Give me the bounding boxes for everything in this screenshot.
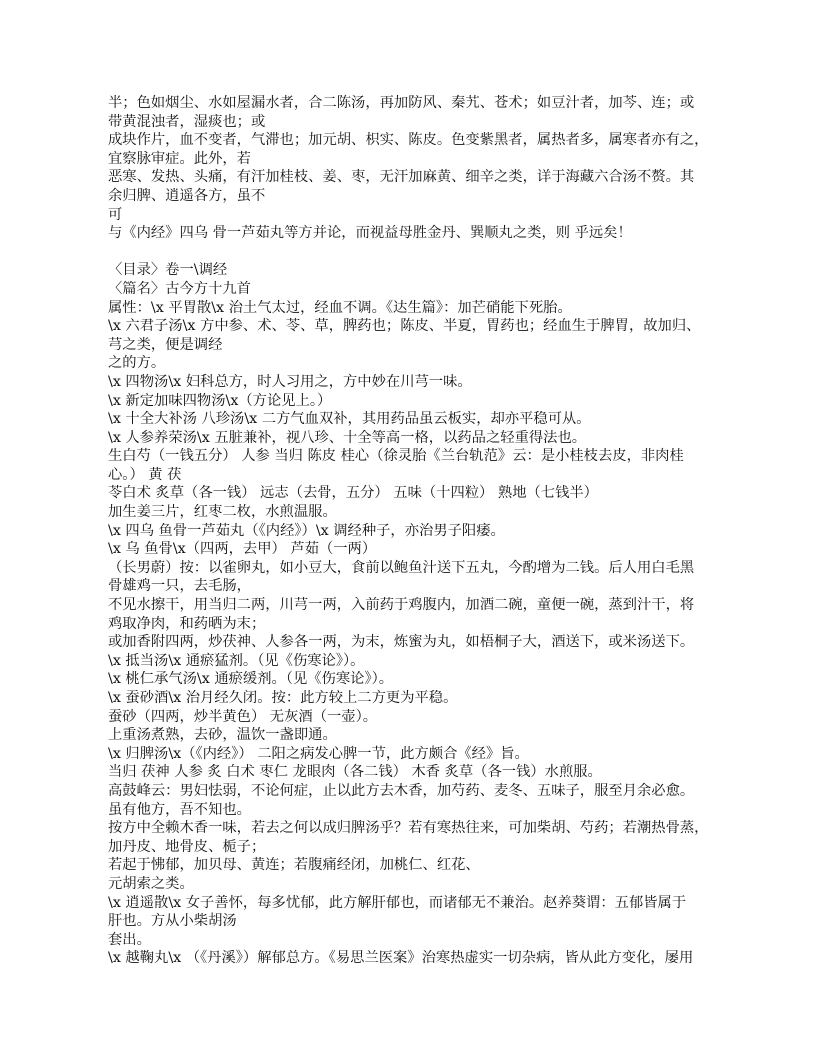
text-line: 心。） 黄 茯 — [108, 466, 712, 485]
blank-line — [108, 243, 712, 262]
text-line: 加丹皮、地骨皮、栀子； — [108, 838, 712, 857]
text-line: 之的方。 — [108, 354, 712, 373]
text-line: 按方中全赖木香一味，若去之何以成归脾汤乎？若有寒热往来，可加柴胡、芍药；若潮热骨… — [108, 819, 712, 838]
text-line: 生白芍（一钱五分） 人参 当归 陈皮 桂心（徐灵胎《兰台轨范》云：是小桂枝去皮，… — [108, 447, 712, 466]
section-title: 〈篇名〉古今方十九首 — [108, 280, 712, 299]
text-line: \x 抵当汤\x 通瘀猛剂。（见《伤寒论》）。 — [108, 652, 712, 671]
text-line: 半；色如烟尘、水如屋漏水者，合二陈汤，再加防风、秦艽、苍术；如豆汁者，加芩、连；… — [108, 94, 712, 113]
text-line: 带黄混浊者，湿痰也；或 — [108, 113, 712, 132]
text-line: 当归 茯神 人参 炙 白术 枣仁 龙眼肉（各二钱） 木香 炙草（各一钱）水煎服。 — [108, 763, 712, 782]
text-line: \x 归脾汤\x（《内经》） 二阳之病发心脾一节，此方颇合《经》旨。 — [108, 745, 712, 764]
text-line: \x 十全大补汤 八珍汤\x 二方气血双补，其用药品虽云板实，却亦平稳可从。 — [108, 410, 712, 429]
text-line: 可 — [108, 206, 712, 225]
text-line: \x 四物汤\x 妇科总方，时人习用之，方中妙在川芎一味。 — [108, 373, 712, 392]
text-line: 肝也。方从小柴胡汤 — [108, 912, 712, 931]
text-line: \x 乌 鱼骨\x（四两，去甲） 芦茹（一两） — [108, 540, 712, 559]
text-line: \x 四乌 鱼骨一芦茹丸（《内经》）\x 调经种子，亦治男子阳痿。 — [108, 522, 712, 541]
text-line: \x 桃仁承气汤\x 通瘀缓剂。（见《伤寒论》）。 — [108, 670, 712, 689]
text-line: \x 人参养荣汤\x 五脏兼补，视八珍、十全等高一格，以药品之轻重得法也。 — [108, 429, 712, 448]
text-line: 虽有他方，吾不知也。 — [108, 801, 712, 820]
text-line: 芎之类，便是调经 — [108, 336, 712, 355]
text-line: 苓白术 炙草（各一钱） 远志（去骨，五分） 五味（十四粒） 熟地（七钱半） — [108, 484, 712, 503]
text-line: 鸡取净肉，和药晒为末； — [108, 615, 712, 634]
text-line: \x 新定加味四物汤\x（方论见上。） — [108, 392, 712, 411]
toc-heading: 〈目录〉卷一\调经 — [108, 261, 712, 280]
text-line: （长男蔚）按：以雀卵丸，如小豆大，食前以鲍鱼汁送下五丸，今酌增为二钱。后人用白毛… — [108, 559, 712, 578]
text-line: 成块作片，血不变者，气滞也；加元胡、枳实、陈皮。色变紫黑者，属热者多，属寒者亦有… — [108, 131, 712, 150]
document-page: 半；色如烟尘、水如屋漏水者，合二陈汤，再加防风、秦艽、苍术；如豆汁者，加芩、连；… — [108, 94, 712, 968]
text-line: \x 越鞠丸\x （《丹溪》）解郁总方。《易思兰医案》治寒热虚实一切杂病，皆从此… — [108, 949, 712, 968]
text-line: 与《内经》四乌 骨一芦茹丸等方并论，而视益母胜金丹、巽顺丸之类，则 乎远矣！ — [108, 224, 712, 243]
text-line: 元胡索之类。 — [108, 875, 712, 894]
text-line: \x 蚕砂酒\x 治月经久闭。按：此方较上二方更为平稳。 — [108, 689, 712, 708]
text-line: 不见水擦干，用当归二两，川芎一两，入前药于鸡腹内，加酒二碗，童便一碗，蒸到汁干，… — [108, 596, 712, 615]
text-line: 属性：\x 平胃散\x 治土气太过，经血不调。《达生篇》：加芒硝能下死胎。 — [108, 299, 712, 318]
text-line: 骨雄鸡一只，去毛肠， — [108, 577, 712, 596]
text-line: 恶寒、发热、头痛，有汗加桂枝、姜、枣，无汗加麻黄、细辛之类，详于海藏六合汤不赘。… — [108, 168, 712, 187]
text-line: \x 逍遥散\x 女子善怀，每多忧郁，此方解肝郁也，而诸郁无不兼治。赵养葵谓：五… — [108, 894, 712, 913]
text-line: 若起于怫郁，加贝母、黄连；若腹痛经闭，加桃仁、红花、 — [108, 856, 712, 875]
text-line: 余归脾、逍遥各方，虽不 — [108, 187, 712, 206]
text-line: 宜察脉审症。此外，若 — [108, 150, 712, 169]
text-line: 套出。 — [108, 931, 712, 950]
text-line: 或加香附四两，炒茯神、人参各一两，为末，炼蜜为丸，如梧桐子大，酒送下，或米汤送下… — [108, 633, 712, 652]
text-line: 上重汤煮熟，去砂，温饮一盏即通。 — [108, 726, 712, 745]
text-line: \x 六君子汤\x 方中参、术、苓、草，脾药也；陈皮、半夏，胃药也；经血生于脾胃… — [108, 317, 712, 336]
text-line: 蚕砂（四两，炒半黄色） 无灰酒（一壶）。 — [108, 708, 712, 727]
text-line: 加生姜三片，红枣二枚，水煎温服。 — [108, 503, 712, 522]
text-line: 高鼓峰云：男妇怯弱，不论何症，止以此方去木香，加芍药、麦冬、五味子，服至月余必愈… — [108, 782, 712, 801]
